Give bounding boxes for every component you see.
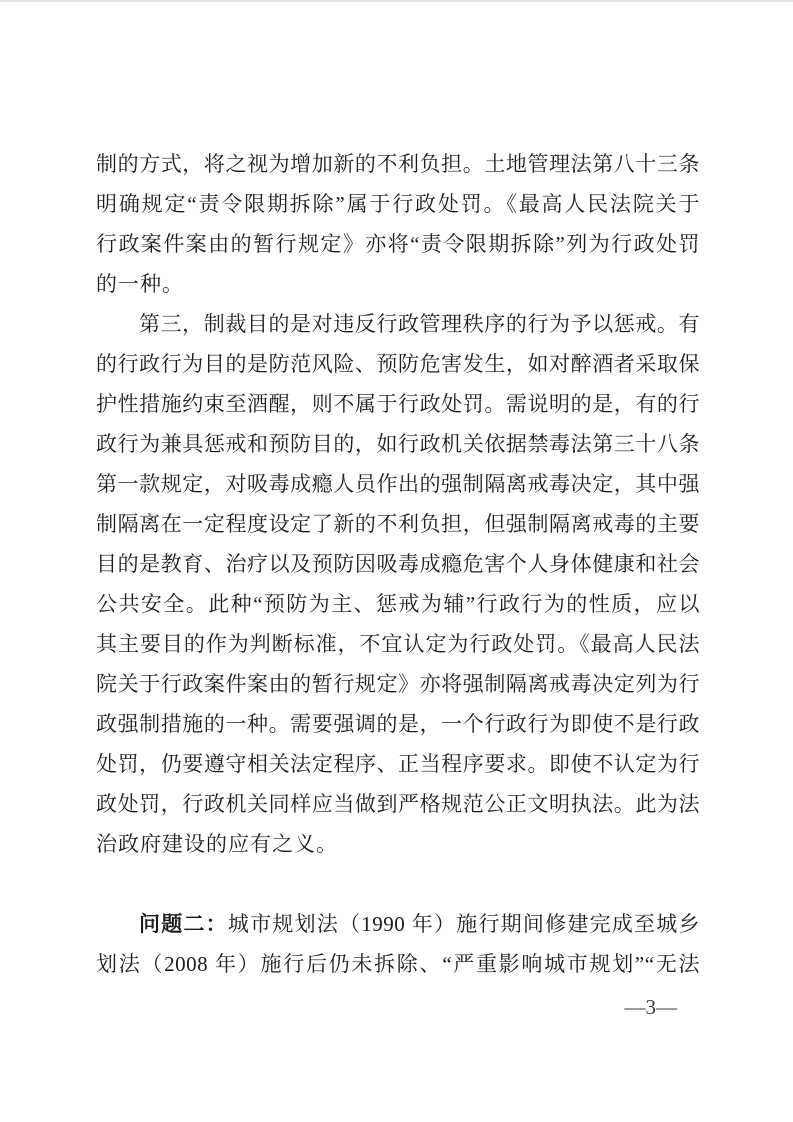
text-line: 的行政行为目的是防范风险、预防危害发生，如对醉酒者采取保: [96, 344, 700, 384]
text-line: 政行为兼具惩戒和预防目的，如行政机关依据禁毒法第三十八条: [96, 424, 700, 464]
question-label: 问题二：: [139, 912, 228, 936]
text-line: 制隔离在一定程度设定了新的不利负担，但强制隔离戒毒的主要: [96, 504, 700, 544]
text-line: 行政案件案由的暂行规定》亦将“责令限期拆除”列为行政处罚: [96, 224, 700, 264]
text-line: 目的是教育、治疗以及预防因吸毒成瘾危害个人身体健康和社会: [96, 544, 700, 584]
paragraph-continuation: 制的方式，将之视为增加新的不利负担。土地管理法第八十三条明确规定“责令限期拆除”…: [96, 144, 700, 304]
text-line: 的一种。: [96, 264, 700, 304]
text-line: 其主要目的作为判断标准，不宜认定为行政处罚。《最高人民法: [96, 624, 700, 664]
text-line: 制的方式，将之视为增加新的不利负担。土地管理法第八十三条: [96, 144, 700, 184]
page-number: —3—: [625, 995, 678, 1019]
text-line: 院关于行政案件案由的暂行规定》亦将强制隔离戒毒决定列为行: [96, 664, 700, 704]
text-line: 政处罚，行政机关同样应当做到严格规范公正文明执法。此为法: [96, 784, 700, 824]
text-line: 明确规定“责令限期拆除”属于行政处罚。《最高人民法院关于: [96, 184, 700, 224]
text-line: 公共安全。此种“预防为主、惩戒为辅”行政行为的性质，应以: [96, 584, 700, 624]
paragraph-third-point: 第三，制裁目的是对违反行政管理秩序的行为予以惩戒。有的行政行为目的是防范风险、预…: [96, 304, 700, 864]
text-line: 划法（2008 年）施行后仍未拆除、“严重影响城市规划”“无法: [96, 944, 700, 984]
text-line: 护性措施约束至酒醒，则不属于行政处罚。需说明的是，有的行: [96, 384, 700, 424]
text-line: 治政府建设的应有之义。: [96, 824, 700, 864]
text-line: 问题二：城市规划法（1990 年）施行期间修建完成至城乡规: [96, 904, 700, 944]
paragraph-question-two: 问题二：城市规划法（1990 年）施行期间修建完成至城乡规划法（2008 年）施…: [96, 904, 700, 984]
text-line: 第一款规定，对吸毒成瘾人员作出的强制隔离戒毒决定，其中强: [96, 464, 700, 504]
text-line: 处罚，仍要遵守相关法定程序、正当程序要求。即使不认定为行: [96, 744, 700, 784]
document-body: 制的方式，将之视为增加新的不利负担。土地管理法第八十三条明确规定“责令限期拆除”…: [96, 144, 700, 984]
document-page: 制的方式，将之视为增加新的不利负担。土地管理法第八十三条明确规定“责令限期拆除”…: [0, 0, 793, 1122]
text-line: 第三，制裁目的是对违反行政管理秩序的行为予以惩戒。有: [96, 304, 700, 344]
text-line: 政强制措施的一种。需要强调的是，一个行政行为即使不是行政: [96, 704, 700, 744]
